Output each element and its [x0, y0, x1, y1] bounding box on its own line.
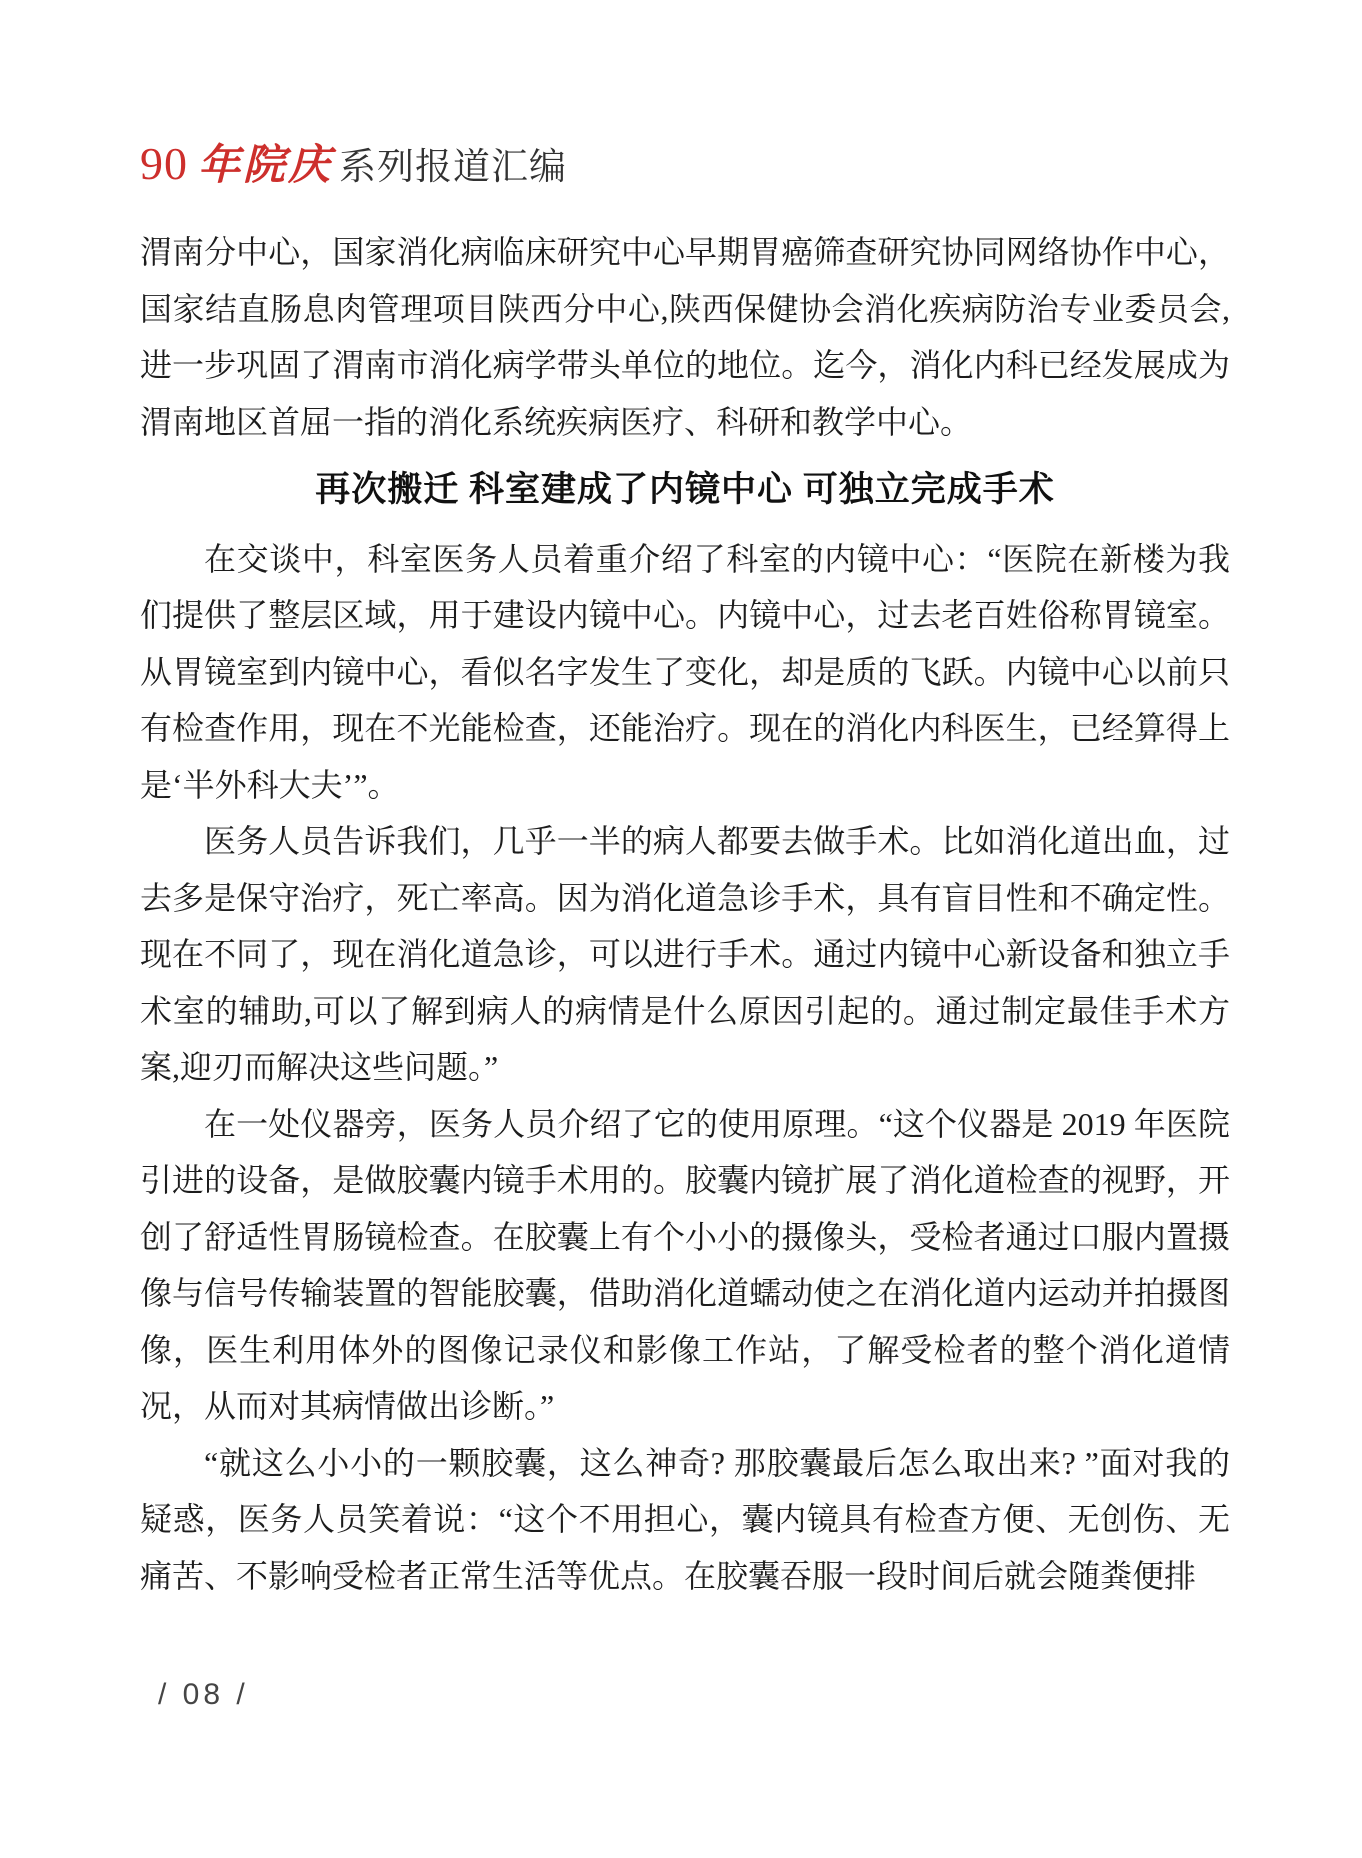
page-header: 90 年院庆 系列报道汇编	[140, 132, 567, 192]
series-title: 系列报道汇编	[339, 136, 567, 190]
paragraph-1: 渭南分中心，国家消化病临床研究中心早期胃癌筛查研究协同网络协作中心，国家结直肠息…	[140, 224, 1230, 450]
section-heading: 再次搬迁 科室建成了内镜中心 可独立完成手术	[140, 462, 1230, 519]
paragraph-5: “就这么小小的一颗胶囊，这么神奇? 那胶囊最后怎么取出来? ”面对我的疑惑，医务…	[140, 1435, 1230, 1605]
paragraph-3: 医务人员告诉我们，几乎一半的病人都要去做手术。比如消化道出血，过去多是保守治疗，…	[140, 813, 1230, 1096]
document-page: 90 年院庆 系列报道汇编 渭南分中心，国家消化病临床研究中心早期胃癌筛查研究协…	[0, 0, 1362, 1858]
paragraph-2: 在交谈中，科室医务人员着重介绍了科室的内镜中心：“医院在新楼为我们提供了整层区域…	[140, 531, 1230, 814]
anniversary-number: 90	[140, 137, 188, 190]
article-body: 渭南分中心，国家消化病临床研究中心早期胃癌筛查研究协同网络协作中心，国家结直肠息…	[140, 224, 1230, 1604]
paragraph-4: 在一处仪器旁，医务人员介绍了它的使用原理。“这个仪器是 2019 年医院引进的设…	[140, 1096, 1230, 1435]
page-footer: / 08 /	[158, 1678, 249, 1712]
anniversary-title: 年院庆	[198, 132, 333, 192]
page-number: / 08 /	[158, 1678, 249, 1711]
